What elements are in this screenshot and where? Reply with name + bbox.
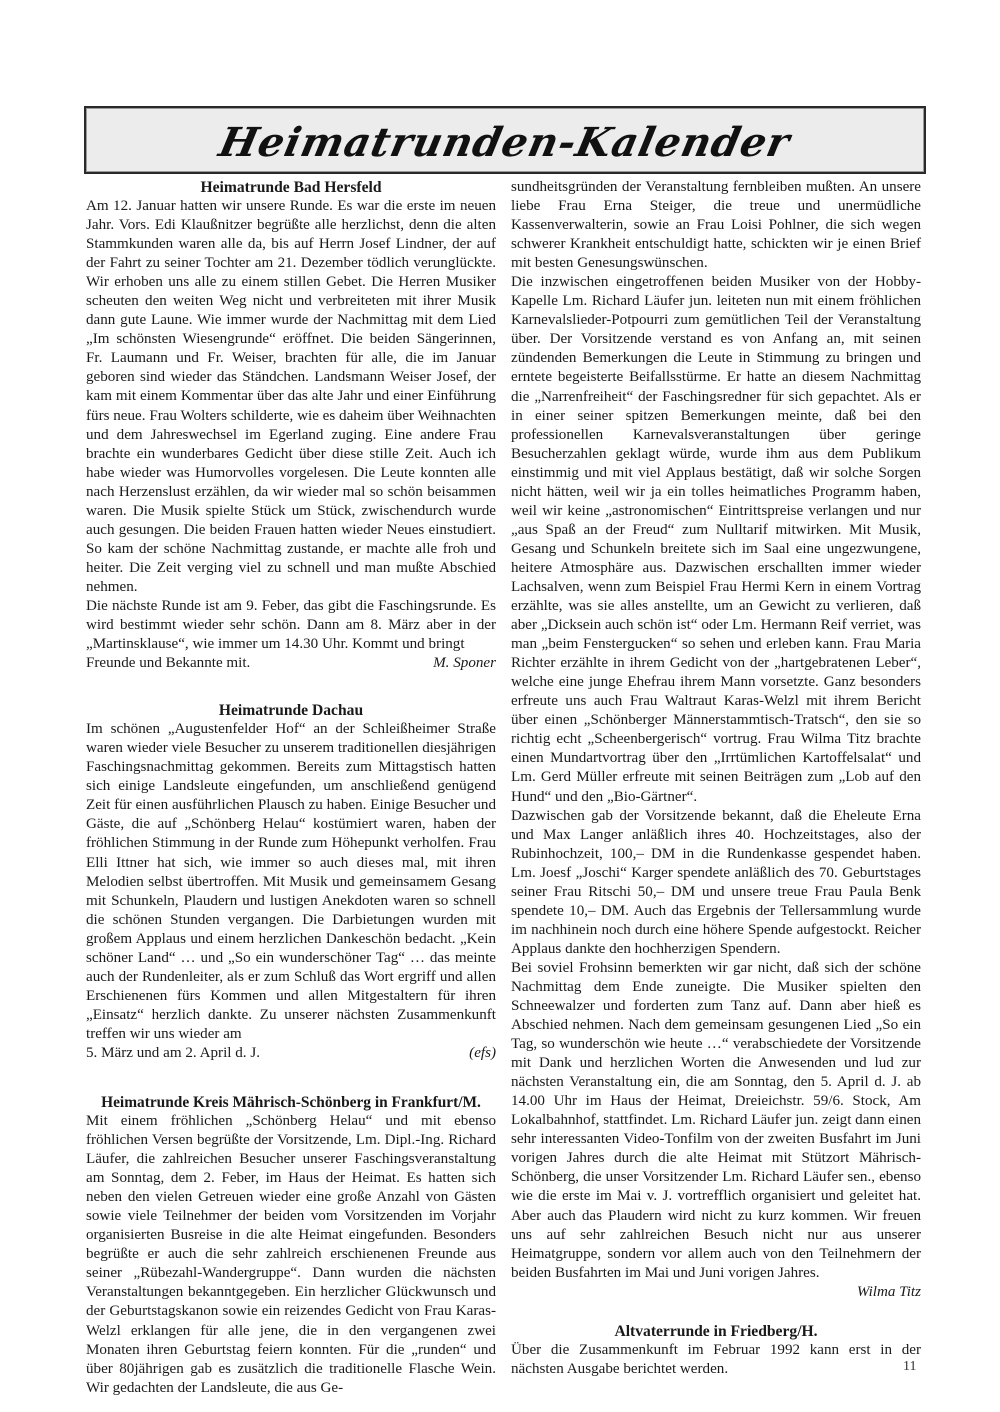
article-last-line: 5. März und am 2. April d. J. <box>86 1044 260 1063</box>
article-paragraph: Dazwischen gab der Vorsitzende bekannt, … <box>511 807 921 959</box>
author-signature: Wilma Titz <box>511 1283 921 1302</box>
article-paragraph: Über die Zusammenkunft im Februar 1992 k… <box>511 1341 921 1379</box>
article-paragraph: Mit einem fröhlichen „Schönberg Helau“ u… <box>86 1112 496 1398</box>
right-column: sundheitsgründen der Veranstaltung fernb… <box>511 178 921 1379</box>
page-title: Heimatrunden-Kalender <box>215 119 794 166</box>
left-column: Heimatrunde Bad Hersfeld Am 12. Januar h… <box>86 178 496 1398</box>
article-paragraph: Im schönen „Augustenfelder Hof“ an der S… <box>86 720 496 1044</box>
article-friedberg: Altvaterrunde in Friedberg/H. Über die Z… <box>511 1322 921 1379</box>
title-banner: Heimatrunden-Kalender <box>84 106 926 174</box>
article-paragraph: Bei soviel Frohsinn bemerkten wir gar ni… <box>511 959 921 1283</box>
article-paragraph: sundheitsgründen der Veranstaltung fernb… <box>511 178 921 273</box>
author-signature: M. Sponer <box>433 654 496 673</box>
article-paragraph: Die inzwischen eingetroffenen beiden Mus… <box>511 273 921 806</box>
article-heading: Heimatrunde Dachau <box>86 701 496 720</box>
signature-line: Freunde und Bekannte mit. M. Sponer <box>86 654 496 673</box>
page-number: 11 <box>903 1359 916 1375</box>
article-dachau: Heimatrunde Dachau Im schönen „Augustenf… <box>86 701 496 1063</box>
article-heading: Heimatrunde Kreis Mährisch-Schönberg in … <box>86 1093 496 1112</box>
article-paragraph: Am 12. Januar hatten wir unsere Runde. E… <box>86 197 496 597</box>
article-bad-hersfeld: Heimatrunde Bad Hersfeld Am 12. Januar h… <box>86 178 496 673</box>
author-signature: (efs) <box>469 1044 496 1063</box>
article-heading: Heimatrunde Bad Hersfeld <box>86 178 496 197</box>
article-frankfurt-part2: sundheitsgründen der Veranstaltung fernb… <box>511 178 921 1302</box>
signature-line: 5. März und am 2. April d. J. (efs) <box>86 1044 496 1063</box>
article-last-line: Freunde und Bekannte mit. <box>86 654 250 673</box>
article-heading: Altvaterrunde in Friedberg/H. <box>511 1322 921 1341</box>
article-paragraph: Die nächste Runde ist am 9. Feber, das g… <box>86 597 496 654</box>
article-frankfurt-part1: Heimatrunde Kreis Mährisch-Schönberg in … <box>86 1093 496 1398</box>
